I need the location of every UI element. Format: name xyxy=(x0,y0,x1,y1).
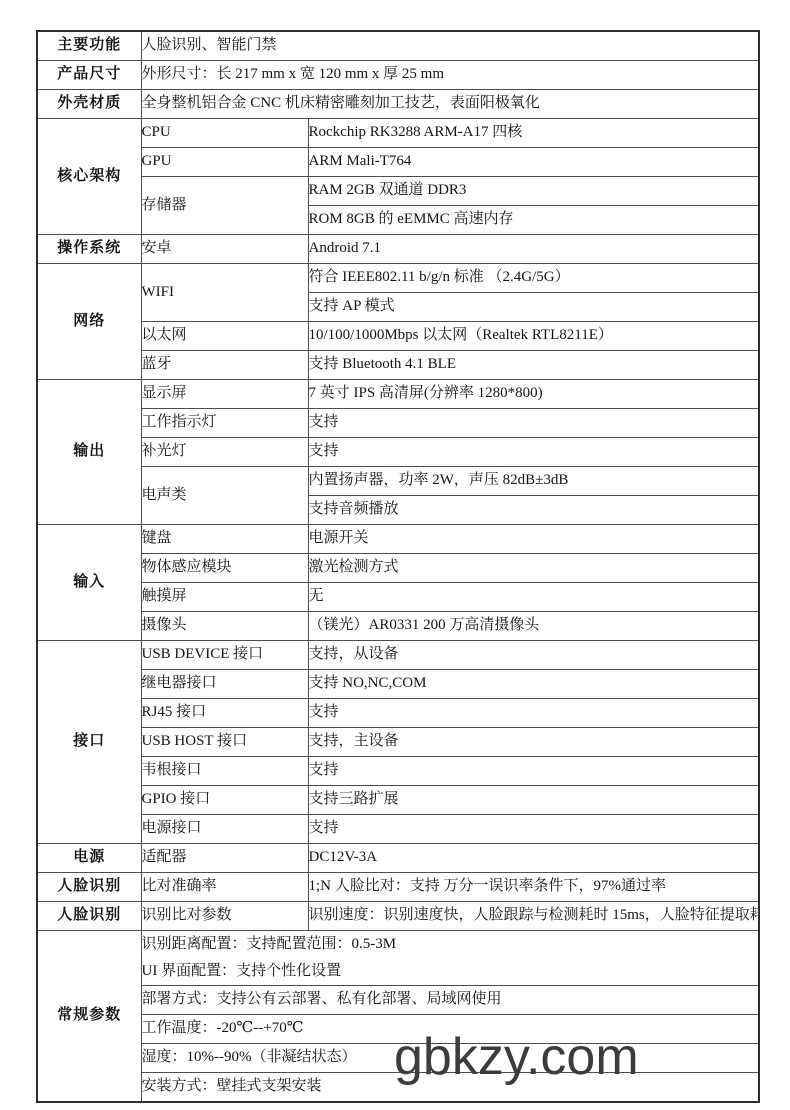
value-cell: ARM Mali-T764 xyxy=(308,148,759,177)
spec-row: 输入 键盘 电源开关 xyxy=(37,525,759,554)
param-cell: 物体感应模块 xyxy=(141,554,308,583)
param-cell: 识别比对参数 xyxy=(141,902,308,931)
param-cell: 继电器接口 xyxy=(141,670,308,699)
spec-row: 补光灯 支持 xyxy=(37,438,759,467)
category-cell: 外壳材质 xyxy=(37,90,141,119)
spec-row: 产品尺寸 外形尺寸：长 217 mm x 宽 120 mm x 厚 25 mm xyxy=(37,61,759,90)
param-cell: 比对准确率 xyxy=(141,873,308,902)
category-cell: 输出 xyxy=(37,380,141,525)
category-cell: 操作系统 xyxy=(37,235,141,264)
value-cell: 支持，主设备 xyxy=(308,728,759,757)
value-cell: 外形尺寸：长 217 mm x 宽 120 mm x 厚 25 mm xyxy=(141,61,759,90)
value-cell: 激光检测方式 xyxy=(308,554,759,583)
param-cell: GPIO 接口 xyxy=(141,786,308,815)
value-cell: 支持三路扩展 xyxy=(308,786,759,815)
value-cell: ROM 8GB 的 eEMMC 高速内存 xyxy=(308,206,759,235)
value-cell: RAM 2GB 双通道 DDR3 xyxy=(308,177,759,206)
value-cell: 支持 xyxy=(308,409,759,438)
spec-row: 电声类 内置扬声器，功率 2W，声压 82dB±3dB xyxy=(37,467,759,496)
spec-row: 操作系统 安卓 Android 7.1 xyxy=(37,235,759,264)
category-cell: 核心架构 xyxy=(37,119,141,235)
value-cell: 符合 IEEE802.11 b/g/n 标准 （2.4G/5G） xyxy=(308,264,759,293)
spec-row: 电源接口 支持 xyxy=(37,815,759,844)
spec-row: 外壳材质 全身整机铝合金 CNC 机床精密雕刻加工技艺，表面阳极氧化 xyxy=(37,90,759,119)
spec-row: 韦根接口 支持 xyxy=(37,757,759,786)
spec-row: 以太网 10/100/1000Mbps 以太网（Realtek RTL8211E… xyxy=(37,322,759,351)
value-cell: Android 7.1 xyxy=(308,235,759,264)
category-cell: 主要功能 xyxy=(37,31,141,61)
category-cell: 产品尺寸 xyxy=(37,61,141,90)
value-cell: 支持，从设备 xyxy=(308,641,759,670)
spec-row: 存储器 RAM 2GB 双通道 DDR3 xyxy=(37,177,759,206)
value-cell: （镁光）AR0331 200 万高清摄像头 xyxy=(308,612,759,641)
spec-row: RJ45 接口 支持 xyxy=(37,699,759,728)
value-cell: 部署方式：支持公有云部署、私有化部署、局域网使用 xyxy=(141,986,759,1015)
param-cell: 蓝牙 xyxy=(141,351,308,380)
value-cell: 人脸识别、智能门禁 xyxy=(141,31,759,61)
param-cell: 安卓 xyxy=(141,235,308,264)
param-cell: 工作指示灯 xyxy=(141,409,308,438)
param-cell: 显示屏 xyxy=(141,380,308,409)
value-cell: 1;N 人脸比对：支持 万分一误识率条件下，97%通过率 xyxy=(308,873,759,902)
category-cell: 电源 xyxy=(37,844,141,873)
spec-row: 核心架构 CPU Rockchip RK3288 ARM-A17 四核 xyxy=(37,119,759,148)
category-cell: 人脸识别 xyxy=(37,873,141,902)
param-cell: 韦根接口 xyxy=(141,757,308,786)
param-cell: RJ45 接口 xyxy=(141,699,308,728)
param-cell: 以太网 xyxy=(141,322,308,351)
spec-row: 输出 显示屏 7 英寸 IPS 高清屏(分辨率 1280*800) xyxy=(37,380,759,409)
param-cell: WIFI xyxy=(141,264,308,322)
value-cell: Rockchip RK3288 ARM-A17 四核 xyxy=(308,119,759,148)
value-cell: DC12V-3A xyxy=(308,844,759,873)
value-cell: 支持 Bluetooth 4.1 BLE xyxy=(308,351,759,380)
param-cell: USB DEVICE 接口 xyxy=(141,641,308,670)
value-cell: 识别速度：识别速度快，人脸跟踪与检测耗时 15ms，人脸特征提取耗时 300ms… xyxy=(308,902,759,931)
param-cell: 存储器 xyxy=(141,177,308,235)
category-cell: 人脸识别 xyxy=(37,902,141,931)
spec-row: 部署方式：支持公有云部署、私有化部署、局域网使用 xyxy=(37,986,759,1015)
value-cell: 支持 xyxy=(308,438,759,467)
value-cell: 内置扬声器，功率 2W，声压 82dB±3dB xyxy=(308,467,759,496)
value-cell: 支持 xyxy=(308,699,759,728)
value-cell: 支持 xyxy=(308,815,759,844)
category-cell: 网络 xyxy=(37,264,141,380)
param-cell: 电声类 xyxy=(141,467,308,525)
value-cell: 无 xyxy=(308,583,759,612)
spec-row: 常规参数 识别距离配置：支持配置范围：0.5-3M UI 界面配置：支持个性化设… xyxy=(37,931,759,986)
param-cell: 电源接口 xyxy=(141,815,308,844)
spec-row: 触摸屏 无 xyxy=(37,583,759,612)
spec-row: USB HOST 接口 支持，主设备 xyxy=(37,728,759,757)
param-cell: 键盘 xyxy=(141,525,308,554)
value-cell: 支持音频播放 xyxy=(308,496,759,525)
spec-row: 电源 适配器 DC12V-3A xyxy=(37,844,759,873)
value-cell: 支持 AP 模式 xyxy=(308,293,759,322)
spec-row: 网络 WIFI 符合 IEEE802.11 b/g/n 标准 （2.4G/5G） xyxy=(37,264,759,293)
value-line: UI 界面配置：支持个性化设置 xyxy=(142,958,759,985)
spec-row: GPU ARM Mali-T764 xyxy=(37,148,759,177)
spec-row: 物体感应模块 激光检测方式 xyxy=(37,554,759,583)
spec-table: 主要功能 人脸识别、智能门禁 产品尺寸 外形尺寸：长 217 mm x 宽 12… xyxy=(36,30,760,1103)
watermark-text: gbkzy.com xyxy=(394,1031,639,1083)
spec-row: 主要功能 人脸识别、智能门禁 xyxy=(37,31,759,61)
value-cell: 支持 NO,NC,COM xyxy=(308,670,759,699)
value-cell: 电源开关 xyxy=(308,525,759,554)
spec-row: GPIO 接口 支持三路扩展 xyxy=(37,786,759,815)
spec-row: 继电器接口 支持 NO,NC,COM xyxy=(37,670,759,699)
param-cell: 补光灯 xyxy=(141,438,308,467)
spec-row: 蓝牙 支持 Bluetooth 4.1 BLE xyxy=(37,351,759,380)
category-cell: 接口 xyxy=(37,641,141,844)
value-cell: 全身整机铝合金 CNC 机床精密雕刻加工技艺，表面阳极氧化 xyxy=(141,90,759,119)
param-cell: 触摸屏 xyxy=(141,583,308,612)
param-cell: 适配器 xyxy=(141,844,308,873)
category-cell: 输入 xyxy=(37,525,141,641)
param-cell: USB HOST 接口 xyxy=(141,728,308,757)
value-cell: 支持 xyxy=(308,757,759,786)
param-cell: 摄像头 xyxy=(141,612,308,641)
value-line: 识别距离配置：支持配置范围：0.5-3M xyxy=(142,931,759,958)
param-cell: CPU xyxy=(141,119,308,148)
spec-row: 接口 USB DEVICE 接口 支持，从设备 xyxy=(37,641,759,670)
spec-row: 工作指示灯 支持 xyxy=(37,409,759,438)
value-cell: 7 英寸 IPS 高清屏(分辨率 1280*800) xyxy=(308,380,759,409)
spec-row: 摄像头 （镁光）AR0331 200 万高清摄像头 xyxy=(37,612,759,641)
spec-row: 人脸识别 识别比对参数 识别速度：识别速度快，人脸跟踪与检测耗时 15ms，人脸… xyxy=(37,902,759,931)
category-cell: 常规参数 xyxy=(37,931,141,1103)
value-cell: 10/100/1000Mbps 以太网（Realtek RTL8211E） xyxy=(308,322,759,351)
spec-row: 人脸识别 比对准确率 1;N 人脸比对：支持 万分一误识率条件下，97%通过率 xyxy=(37,873,759,902)
value-cell: 识别距离配置：支持配置范围：0.5-3M UI 界面配置：支持个性化设置 xyxy=(141,931,759,986)
param-cell: GPU xyxy=(141,148,308,177)
